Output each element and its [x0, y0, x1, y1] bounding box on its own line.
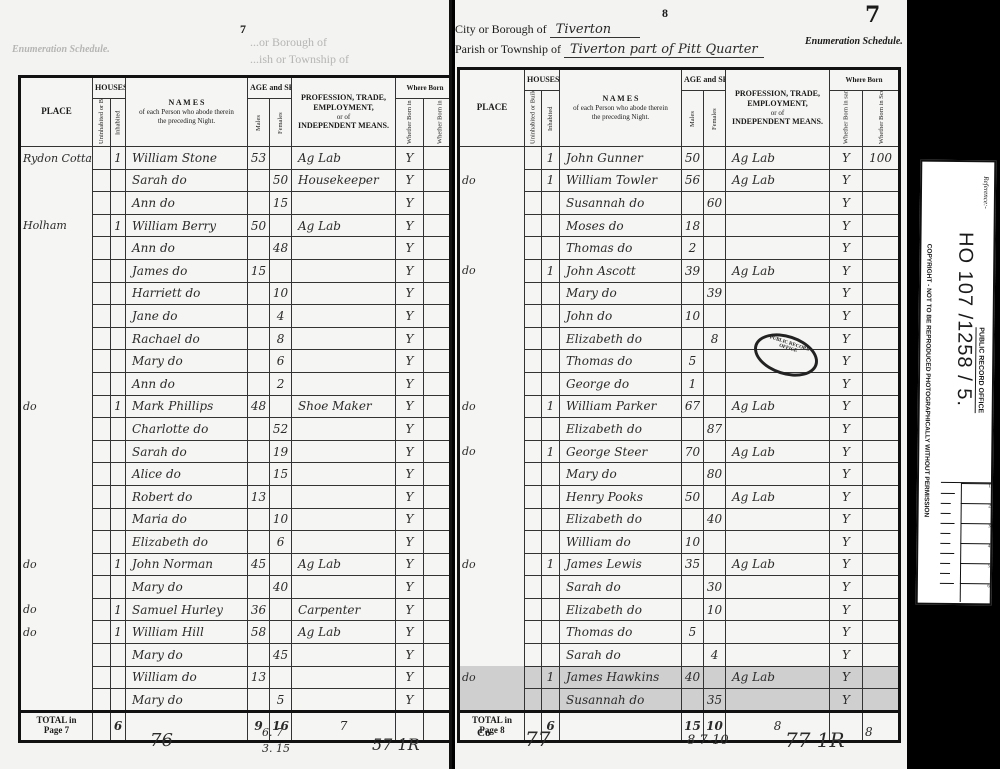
- place-cell: [459, 576, 525, 599]
- census-row: 1John Gunner50Ag LabY100: [459, 147, 900, 170]
- born-foreign-cell: [863, 508, 900, 531]
- inhabited-cell: 1: [111, 621, 126, 644]
- female-age-cell: 35: [704, 689, 726, 712]
- inhabited-cell: [111, 372, 126, 395]
- inhabited-cell: [542, 372, 560, 395]
- census-row: do1William Towler56Ag LabY: [459, 169, 900, 192]
- born-foreign-cell: [424, 372, 452, 395]
- born-foreign-cell: [424, 553, 452, 576]
- male-age-cell: [682, 644, 704, 667]
- profession-line-3: or of: [294, 113, 393, 122]
- name-cell: James do: [126, 259, 248, 282]
- female-age-cell: 50: [270, 169, 292, 192]
- inhabited-cell: [111, 192, 126, 215]
- born-county-cell: Y: [396, 282, 424, 305]
- census-row: Mary do6Y: [20, 350, 453, 373]
- born-county-cell: Y: [830, 689, 863, 712]
- profession-cell: Ag Lab: [726, 395, 830, 418]
- census-page-left: 7 ...or Borough of ...ish or Township of…: [0, 0, 452, 769]
- inhabited-cell: [542, 644, 560, 667]
- born-foreign-cell: [424, 305, 452, 328]
- folio-number: 7: [865, 2, 880, 28]
- census-row: Susannah do60Y: [459, 192, 900, 215]
- uninhabited-cell: [525, 147, 542, 170]
- female-age-cell: 40: [270, 576, 292, 599]
- male-age-cell: [248, 531, 270, 554]
- name-cell: Elizabeth do: [560, 508, 682, 531]
- name-cell: William Stone: [126, 147, 248, 170]
- name-cell: Thomas do: [560, 237, 682, 260]
- names-sub1: of each Person who abode therein: [562, 104, 679, 113]
- male-age-cell: [248, 440, 270, 463]
- born-foreign-cell: [863, 463, 900, 486]
- uninhabited-cell: [525, 689, 542, 712]
- inhabited-cell: 1: [542, 147, 560, 170]
- profession-cell: [292, 485, 396, 508]
- profession-cell: [726, 192, 830, 215]
- place-cell: [20, 282, 93, 305]
- born-county-cell: Y: [396, 305, 424, 328]
- born-county-cell: Y: [396, 192, 424, 215]
- census-row: George do1Y: [459, 372, 900, 395]
- male-age-cell: [248, 237, 270, 260]
- borough-line: City or Borough of Tiverton: [455, 22, 640, 38]
- census-row: Mary do80Y: [459, 463, 900, 486]
- place-cell: [20, 169, 93, 192]
- uninhabited-cell: [525, 553, 542, 576]
- inhabited-cell: [111, 327, 126, 350]
- name-cell: William Berry: [126, 214, 248, 237]
- place-cell: [459, 327, 525, 350]
- profession-cell: [726, 621, 830, 644]
- born-county-cell: Y: [830, 485, 863, 508]
- census-row: do1William Hill58Ag LabY: [20, 621, 453, 644]
- census-row: Susannah do35Y: [459, 689, 900, 712]
- born-county-cell: Y: [830, 531, 863, 554]
- uninhabited-cell: [93, 598, 111, 621]
- born-county-cell: Y: [396, 350, 424, 373]
- profession-cell: Ag Lab: [726, 485, 830, 508]
- page-number: 7: [240, 22, 246, 37]
- census-row: Ann do48Y: [20, 237, 453, 260]
- female-age-cell: 4: [704, 644, 726, 667]
- inhabited-cell: [111, 531, 126, 554]
- uninhabited-cell: [93, 305, 111, 328]
- inhabited-cell: [111, 350, 126, 373]
- born-foreign-cell: [863, 644, 900, 667]
- uninhabited-cell: [525, 214, 542, 237]
- male-age-cell: 70: [682, 440, 704, 463]
- uninhabited-cell: [93, 237, 111, 260]
- born-county-cell: Y: [830, 598, 863, 621]
- place-cell: [20, 372, 93, 395]
- female-age-cell: 5: [270, 689, 292, 712]
- profession-cell: [726, 418, 830, 441]
- inhabited-cell: 1: [542, 440, 560, 463]
- female-age-cell: 87: [704, 418, 726, 441]
- profession-cell: Ag Lab: [292, 621, 396, 644]
- uninhabited-cell: [525, 644, 542, 667]
- uninhabited-cell: [525, 485, 542, 508]
- born-county-cell: Y: [830, 666, 863, 689]
- name-cell: Sarah do: [126, 440, 248, 463]
- ruler-mark: 5: [960, 563, 990, 583]
- born-foreign-cell: [424, 440, 452, 463]
- profession-cell: [726, 463, 830, 486]
- inhabited-cell: [542, 237, 560, 260]
- footer-note-left: 76: [150, 730, 173, 751]
- parish-value: Tiverton part of Pitt Quarter: [564, 42, 764, 58]
- profession-cell: [292, 282, 396, 305]
- name-cell: William do: [560, 531, 682, 554]
- male-age-cell: [248, 350, 270, 373]
- ruler-mark: 3: [960, 523, 990, 543]
- inhabited-cell: [542, 214, 560, 237]
- profession-cell: Ag Lab: [292, 214, 396, 237]
- female-age-cell: [704, 237, 726, 260]
- name-cell: John Gunner: [560, 147, 682, 170]
- male-age-cell: 2: [682, 237, 704, 260]
- census-row: William do13Y: [20, 666, 453, 689]
- uninhabited-cell: [525, 508, 542, 531]
- place-cell: do: [459, 169, 525, 192]
- profession-cell: Ag Lab: [726, 553, 830, 576]
- col-females: Females: [270, 99, 292, 147]
- col-where-born: Where Born: [396, 77, 452, 99]
- place-cell: [20, 418, 93, 441]
- census-row: Holham1William Berry50Ag LabY: [20, 214, 453, 237]
- born-county-cell: Y: [830, 621, 863, 644]
- inhabited-cell: [542, 576, 560, 599]
- male-age-cell: 13: [248, 666, 270, 689]
- female-age-cell: [704, 305, 726, 328]
- born-county-cell: Y: [830, 644, 863, 667]
- uninhabited-cell: [93, 440, 111, 463]
- female-age-cell: 48: [270, 237, 292, 260]
- inhabited-cell: [542, 531, 560, 554]
- uninhabited-cell: [525, 621, 542, 644]
- born-county-cell: Y: [396, 553, 424, 576]
- born-county-cell: Y: [830, 395, 863, 418]
- profession-cell: [726, 214, 830, 237]
- col-inhabited: Inhabited: [111, 99, 126, 147]
- female-age-cell: 8: [704, 327, 726, 350]
- uninhabited-cell: [525, 598, 542, 621]
- names-title: N A M E S: [128, 98, 245, 108]
- census-row: do1John Norman45Ag LabY: [20, 553, 453, 576]
- place-cell: do: [20, 598, 93, 621]
- female-age-cell: [270, 621, 292, 644]
- born-county-cell: Y: [396, 395, 424, 418]
- female-age-cell: [704, 147, 726, 170]
- inhabited-cell: [111, 463, 126, 486]
- born-foreign-cell: [863, 666, 900, 689]
- born-foreign-cell: [424, 485, 452, 508]
- place-cell: [20, 259, 93, 282]
- ruler-mark: 4: [960, 543, 990, 563]
- inhabited-cell: 1: [542, 666, 560, 689]
- profession-cell: [726, 689, 830, 712]
- inhabited-cell: [111, 576, 126, 599]
- census-row: Elizabeth do10Y: [459, 598, 900, 621]
- female-age-cell: [704, 259, 726, 282]
- col-scotland-ireland: Whether Born in Scotland, Ireland, or Fo…: [863, 91, 900, 147]
- name-cell: Sarah do: [560, 576, 682, 599]
- profession-line-2: EMPLOYMENT,: [294, 103, 393, 113]
- profession-cell: [292, 327, 396, 350]
- male-age-cell: 45: [248, 553, 270, 576]
- census-row: Elizabeth do87Y: [459, 418, 900, 441]
- uninhabited-cell: [93, 214, 111, 237]
- footer-co-label: Co: [477, 727, 490, 739]
- female-age-cell: [270, 485, 292, 508]
- male-age-cell: [682, 508, 704, 531]
- born-county-cell: Y: [830, 508, 863, 531]
- born-county-cell: Y: [830, 372, 863, 395]
- born-county-cell: Y: [396, 666, 424, 689]
- name-cell: Susannah do: [560, 689, 682, 712]
- born-county-cell: Y: [830, 553, 863, 576]
- place-cell: [459, 689, 525, 712]
- footer-note-left: 77: [525, 727, 550, 751]
- census-row: James do15Y: [20, 259, 453, 282]
- profession-line-2: EMPLOYMENT,: [728, 99, 827, 109]
- col-males: Males: [682, 91, 704, 147]
- names-sub2: the preceding Night.: [128, 117, 245, 126]
- male-age-cell: [248, 463, 270, 486]
- uninhabited-cell: [93, 666, 111, 689]
- born-foreign-cell: [424, 418, 452, 441]
- place-cell: [459, 418, 525, 441]
- place-cell: [459, 282, 525, 305]
- ruler-mark: 1: [961, 483, 991, 503]
- female-age-cell: [704, 440, 726, 463]
- inhabited-cell: [542, 463, 560, 486]
- name-cell: Harriett do: [126, 282, 248, 305]
- col-scotland-ireland: Whether Born in Scotland, Ireland, or Fo…: [424, 99, 452, 147]
- born-county-cell: Y: [396, 531, 424, 554]
- born-county-cell: Y: [396, 485, 424, 508]
- born-county-cell: Y: [830, 350, 863, 373]
- total-label: TOTAL in Page 7: [20, 711, 93, 741]
- inhabited-cell: 1: [111, 598, 126, 621]
- born-foreign-cell: [863, 350, 900, 373]
- born-county-cell: Y: [396, 598, 424, 621]
- footer-note-mid: 8 7-10: [687, 733, 729, 748]
- name-cell: Robert do: [126, 485, 248, 508]
- born-foreign-cell: [424, 395, 452, 418]
- col-females: Females: [704, 91, 726, 147]
- male-age-cell: [682, 418, 704, 441]
- profession-cell: [292, 463, 396, 486]
- born-foreign-cell: [424, 169, 452, 192]
- born-foreign-cell: [863, 237, 900, 260]
- female-age-cell: 39: [704, 282, 726, 305]
- names-sub2: the preceding Night.: [562, 113, 679, 122]
- male-age-cell: 50: [682, 147, 704, 170]
- inhabited-cell: [542, 598, 560, 621]
- uninhabited-cell: [525, 192, 542, 215]
- male-age-cell: 50: [248, 214, 270, 237]
- born-foreign-cell: [424, 327, 452, 350]
- inhabited-cell: 1: [111, 214, 126, 237]
- names-title: N A M E S: [562, 94, 679, 104]
- inhabited-cell: 1: [111, 147, 126, 170]
- place-cell: [459, 372, 525, 395]
- name-cell: Elizabeth do: [560, 418, 682, 441]
- name-cell: John Ascott: [560, 259, 682, 282]
- uninhabited-cell: [525, 463, 542, 486]
- profession-cell: [292, 531, 396, 554]
- profession-cell: Carpenter: [292, 598, 396, 621]
- place-cell: [459, 147, 525, 170]
- inhabited-cell: [111, 508, 126, 531]
- profession-cell: [292, 508, 396, 531]
- born-county-cell: Y: [396, 372, 424, 395]
- born-foreign-cell: [863, 327, 900, 350]
- col-profession: PROFESSION, TRADE, EMPLOYMENT, or of IND…: [292, 77, 396, 147]
- male-age-cell: 5: [682, 350, 704, 373]
- census-row: Rydon Cottage1William Stone53Ag LabY: [20, 147, 453, 170]
- reference-slip: Reference:- HO 107 /1258 / 5. PUBLIC REC…: [916, 160, 997, 606]
- census-row: Mary do45Y: [20, 644, 453, 667]
- male-age-cell: 56: [682, 169, 704, 192]
- male-age-cell: 10: [682, 305, 704, 328]
- place-cell: do: [459, 666, 525, 689]
- uninhabited-cell: [525, 440, 542, 463]
- name-cell: William Hill: [126, 621, 248, 644]
- place-cell: [20, 576, 93, 599]
- name-cell: Henry Pooks: [560, 485, 682, 508]
- profession-cell: Ag Lab: [726, 259, 830, 282]
- name-cell: Elizabeth do: [560, 598, 682, 621]
- inhabited-cell: [111, 485, 126, 508]
- male-age-cell: [248, 282, 270, 305]
- uninhabited-cell: [93, 147, 111, 170]
- name-cell: Sarah do: [126, 169, 248, 192]
- uninhabited-cell: [525, 259, 542, 282]
- born-county-cell: Y: [396, 463, 424, 486]
- inhabited-cell: [542, 192, 560, 215]
- born-foreign-cell: [863, 169, 900, 192]
- census-row: Alice do15Y: [20, 463, 453, 486]
- faint-schedule-label: Enumeration Schedule.: [12, 44, 110, 55]
- born-foreign-cell: [424, 282, 452, 305]
- profession-cell: [292, 576, 396, 599]
- census-row: Thomas do5Y: [459, 350, 900, 373]
- born-foreign-cell: [424, 147, 452, 170]
- born-county-cell: Y: [396, 147, 424, 170]
- profession-cell: Ag Lab: [292, 553, 396, 576]
- female-age-cell: [270, 147, 292, 170]
- profession-cell: [292, 192, 396, 215]
- place-cell: [459, 508, 525, 531]
- name-cell: Mark Phillips: [126, 395, 248, 418]
- census-row: Jane do4Y: [20, 305, 453, 328]
- born-county-cell: Y: [396, 214, 424, 237]
- parish-label: Parish or Township of: [455, 42, 561, 56]
- male-age-cell: [248, 508, 270, 531]
- col-place: PLACE: [459, 69, 525, 147]
- born-foreign-cell: [863, 576, 900, 599]
- born-county-cell: Y: [830, 440, 863, 463]
- census-page-right: 8 7 City or Borough of Tiverton Parish o…: [455, 0, 907, 769]
- female-age-cell: 60: [704, 192, 726, 215]
- born-county-cell: Y: [830, 214, 863, 237]
- born-county-cell: Y: [830, 576, 863, 599]
- col-houses: HOUSES: [525, 69, 560, 91]
- born-county-cell: Y: [396, 259, 424, 282]
- born-county-cell: Y: [830, 147, 863, 170]
- footer-note-far-right: 8: [865, 725, 873, 739]
- footer-note-mid-bottom: 3. 15: [262, 742, 290, 755]
- census-table-left: PLACE HOUSES N A M E S of each Person wh…: [18, 75, 452, 743]
- profession-cell: [726, 372, 830, 395]
- uninhabited-cell: [93, 621, 111, 644]
- census-row: Maria do10Y: [20, 508, 453, 531]
- profession-line-4: INDEPENDENT MEANS.: [294, 121, 393, 131]
- profession-cell: [292, 259, 396, 282]
- ruler-mark: 6: [960, 583, 990, 603]
- uninhabited-cell: [525, 282, 542, 305]
- profession-cell: [726, 531, 830, 554]
- female-age-cell: [270, 666, 292, 689]
- born-county-cell: Y: [396, 327, 424, 350]
- place-cell: [20, 327, 93, 350]
- place-cell: [20, 666, 93, 689]
- name-cell: William do: [126, 666, 248, 689]
- born-foreign-cell: [424, 689, 452, 712]
- name-cell: Ann do: [126, 237, 248, 260]
- born-foreign-cell: [863, 485, 900, 508]
- female-age-cell: 6: [270, 531, 292, 554]
- place-cell: Rydon Cottage: [20, 147, 93, 170]
- male-age-cell: [682, 689, 704, 712]
- name-cell: Maria do: [126, 508, 248, 531]
- uninhabited-cell: [525, 372, 542, 395]
- uninhabited-cell: [93, 395, 111, 418]
- inhabited-cell: [542, 621, 560, 644]
- name-cell: Elizabeth do: [560, 327, 682, 350]
- male-age-cell: 13: [248, 485, 270, 508]
- female-age-cell: [270, 395, 292, 418]
- place-cell: do: [459, 259, 525, 282]
- born-county-cell: Y: [396, 237, 424, 260]
- born-foreign-cell: [424, 192, 452, 215]
- name-cell: Elizabeth do: [126, 531, 248, 554]
- census-row: Rachael do8Y: [20, 327, 453, 350]
- born-foreign-cell: [424, 237, 452, 260]
- total-houses: 6: [111, 711, 126, 741]
- female-age-cell: 15: [270, 192, 292, 215]
- name-cell: Mary do: [560, 463, 682, 486]
- uninhabited-cell: [525, 169, 542, 192]
- name-cell: Alice do: [126, 463, 248, 486]
- copyright-notice: COPYRIGHT - NOT TO BE REPRODUCED PHOTOGR…: [923, 244, 933, 518]
- census-row: Moses do18Y: [459, 214, 900, 237]
- inhabited-cell: 1: [111, 553, 126, 576]
- place-cell: [20, 644, 93, 667]
- inhabited-cell: [111, 169, 126, 192]
- col-same-county: Whether Born in same County: [830, 91, 863, 147]
- place-cell: [459, 237, 525, 260]
- born-foreign-cell: [863, 531, 900, 554]
- male-age-cell: [682, 327, 704, 350]
- female-age-cell: 19: [270, 440, 292, 463]
- name-cell: William Parker: [560, 395, 682, 418]
- uninhabited-cell: [93, 553, 111, 576]
- census-row: Robert do13Y: [20, 485, 453, 508]
